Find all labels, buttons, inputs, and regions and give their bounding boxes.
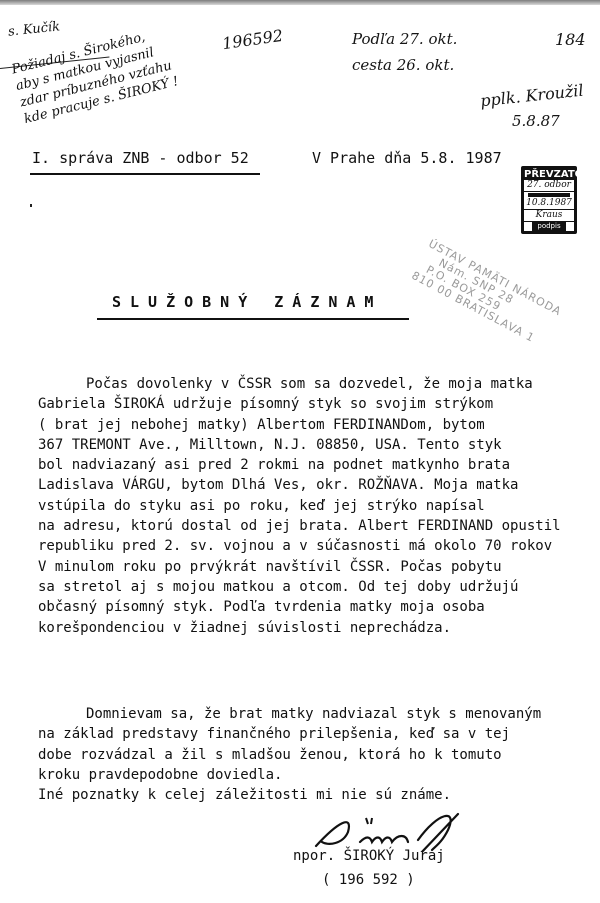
paragraph-2: Domnievam sa, že brat matky nadviazal st… xyxy=(38,704,541,805)
body-line: dobe rozvádzal a žil s mladšou ženou, kt… xyxy=(38,745,541,765)
body-line: Ladislava VÁRGU, bytom Dlhá Ves, okr. RO… xyxy=(38,475,561,495)
stamp-date: 10.8.1987 xyxy=(524,198,574,210)
handwritten-note: Požiadaj s. Širokého, aby s matkou vyjas… xyxy=(10,24,180,128)
department-underline xyxy=(30,173,260,175)
signer-name: npor. ŠIROKÝ Juraj xyxy=(293,848,445,864)
stamp-footer: podpis xyxy=(532,222,566,231)
handwritten-note-right-1: Podľa 27. okt. xyxy=(352,30,457,48)
received-stamp: PŘEVZATO 27. odbor 10.8.1987 Kraus podpi… xyxy=(521,166,577,234)
scan-top-edge xyxy=(0,0,600,5)
ink-dot xyxy=(30,204,32,207)
body-line: ( brat jej nebohej matky) Albertom FERDI… xyxy=(38,415,561,435)
document-title: SLUŽOBNÝ ZÁZNAM xyxy=(112,293,382,311)
stamp-bar xyxy=(528,193,570,197)
handwritten-personal-number: 196592 xyxy=(221,26,284,53)
handwritten-page-number: 184 xyxy=(555,30,586,49)
place-and-date: V Prahe dňa 5.8. 1987 xyxy=(312,149,502,167)
body-line: 367 TREMONT Ave., Milltown, N.J. 08850, … xyxy=(38,435,561,455)
handwritten-initials-right: pplk. Kroužil xyxy=(479,81,584,111)
handwritten-note-right-2: cesta 26. okt. xyxy=(352,56,454,74)
body-line: občasný písomný styk. Podľa tvrdenia mat… xyxy=(38,597,561,617)
body-line: vstúpila do styku asi po roku, keď jej s… xyxy=(38,496,561,516)
paragraph-1: Počas dovolenky v ČSSR som sa dozvedel, … xyxy=(38,374,561,638)
body-line: korešpondenciou v žiadnej súvislosti nep… xyxy=(38,618,561,638)
body-line: kroku pravdepodobne doviedla. xyxy=(38,765,541,785)
body-line: sa stretol aj s mojou matkou a otcom. Od… xyxy=(38,577,561,597)
body-line: na adresu, ktorú dostal od jej brata. Al… xyxy=(38,516,561,536)
handwritten-date-right: 5.8.87 xyxy=(512,112,560,130)
body-line: na základ predstavy finančného prilepšen… xyxy=(38,724,541,744)
signer-personal-number: ( 196 592 ) xyxy=(322,872,415,888)
archive-stamp: ÚSTAV PAMÄTI NÁRODA Nám. SNP 28 P.O. BOX… xyxy=(409,238,582,360)
body-line: V minulom roku po prvýkrát navštívil ČSS… xyxy=(38,557,561,577)
department-heading: I. správa ZNB - odbor 52 xyxy=(32,149,249,167)
title-underline xyxy=(97,318,409,320)
stamp-signature: Kraus xyxy=(524,210,574,222)
body-line: republiku pred 2. sv. vojnou a v súčasno… xyxy=(38,536,561,556)
body-line: Domnievam sa, že brat matky nadviazal st… xyxy=(38,704,541,724)
handwritten-initials: s. Kučík xyxy=(7,19,60,39)
stamp-department: 27. odbor xyxy=(524,180,574,192)
body-line: bol nadviazaný asi pred 2 rokmi na podne… xyxy=(38,455,561,475)
body-line: Gabriela ŠIROKÁ udržuje písomný styk so … xyxy=(38,394,561,414)
body-line: Počas dovolenky v ČSSR som sa dozvedel, … xyxy=(38,374,561,394)
stamp-title: PŘEVZATO xyxy=(524,169,574,180)
handwritten-signature xyxy=(308,812,488,852)
body-line: Iné poznatky k celej záležitosti mi nie … xyxy=(38,785,541,805)
